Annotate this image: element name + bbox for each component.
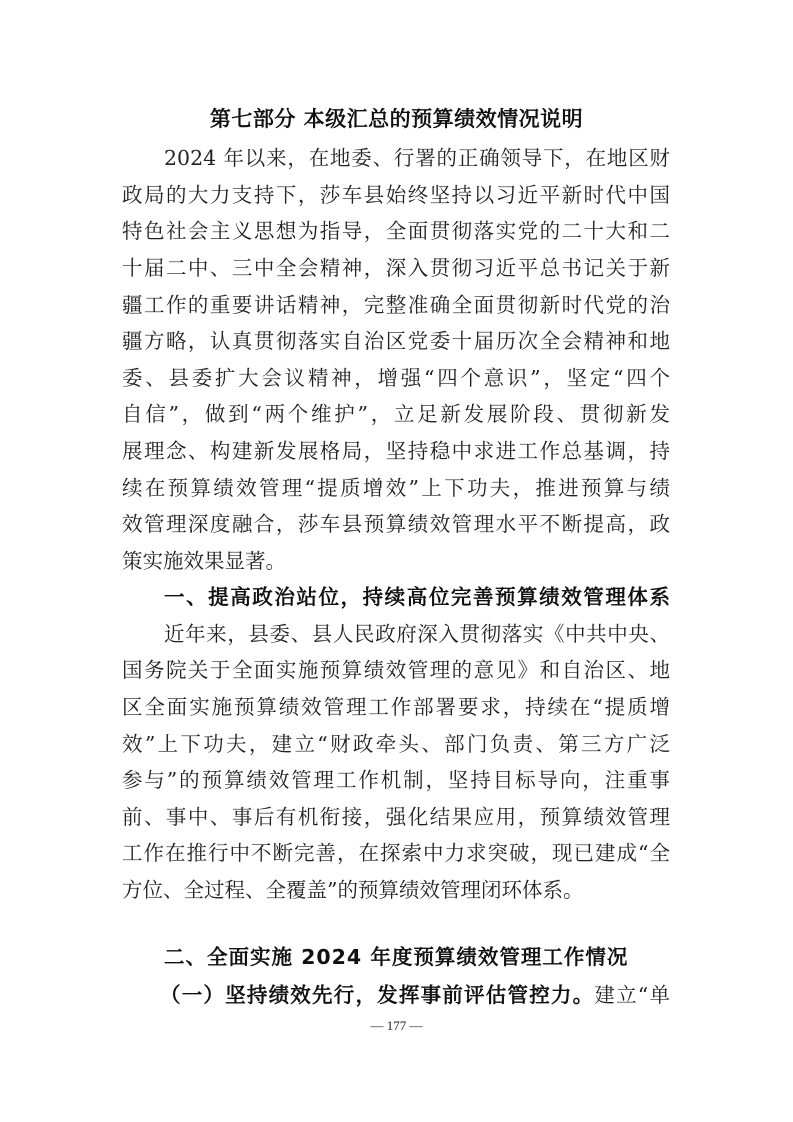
intro-line-5: 疆工作的重要讲话精神，完整准确全面贯彻新时代党的治 <box>122 293 670 317</box>
section-1-line-8: 方位、全过程、全覆盖”的预算绩效管理闭环体系。 <box>122 878 670 902</box>
intro-line-6: 疆方略，认真贯彻落实自治区党委十届历次全会精神和地 <box>122 329 670 353</box>
subsection-1-line: （一）坚持绩效先行，发挥事前评估管控力。建立“单 <box>160 982 670 1008</box>
intro-line-11: 效管理深度融合，莎车县预算绩效管理水平不断提高，政 <box>122 512 670 536</box>
section-1-line-7: 工作在推行中不断完善，在探索中力求突破，现已建成“全 <box>122 841 670 865</box>
intro-line-4: 十届二中、三中全会精神，深入贯彻习近平总书记关于新 <box>122 256 670 280</box>
intro-line-8: 自信”，做到“两个维护”，立足新发展阶段、贯彻新发 <box>122 402 670 426</box>
section-2-heading: 二、全面实施 2024 年度预算绩效管理工作情况 <box>164 944 624 970</box>
subsection-1-heading: （一）坚持绩效先行，发挥事前评估管控力。 <box>160 983 594 1007</box>
intro-line-12: 策实施效果显著。 <box>122 549 670 573</box>
section-1-line-3: 区全面实施预算绩效管理工作部署要求，持续在“提质增 <box>122 695 670 719</box>
intro-line-10: 续在预算绩效管理“提质增效”上下功夫，推进预算与绩 <box>122 476 670 500</box>
section-1-line-6: 前、事中、事后有机衔接，强化结果应用，预算绩效管理 <box>122 805 670 829</box>
intro-line-7: 委、县委扩大会议精神，增强“四个意识”，坚定“四个 <box>122 366 670 390</box>
intro-line-2: 政局的大力支持下，莎车县始终坚持以习近平新时代中国 <box>122 183 670 207</box>
section-1-line-4: 效”上下功夫，建立“财政牵头、部门负责、第三方广泛 <box>122 732 670 756</box>
section-1-line-2: 国务院关于全面实施预算绩效管理的意见》和自治区、地 <box>122 658 670 682</box>
intro-line-9: 展理念、构建新发展格局，坚持稳中求进工作总基调，持 <box>122 439 670 463</box>
subsection-1-text: 建立“单 <box>594 983 670 1007</box>
section-1-heading: 一、提高政治站位，持续高位完善预算绩效管理体系 <box>164 584 670 610</box>
page-number: — 177 — <box>0 1018 793 1034</box>
section-1-line-5: 参与”的预算绩效管理工作机制，坚持目标导向，注重事 <box>122 768 670 792</box>
section-1-line-1: 近年来，县委、县人民政府深入贯彻落实《中共中央、 <box>164 622 670 646</box>
document-page: 第七部分 本级汇总的预算绩效情况说明 2024 年以来，在地委、行署的正确领导下… <box>0 0 793 1122</box>
intro-line-1: 2024 年以来，在地委、行署的正确领导下，在地区财 <box>164 146 670 170</box>
intro-line-3: 特色社会主义思想为指导，全面贯彻落实党的二十大和二 <box>122 219 670 243</box>
page-title: 第七部分 本级汇总的预算绩效情况说明 <box>0 106 793 132</box>
